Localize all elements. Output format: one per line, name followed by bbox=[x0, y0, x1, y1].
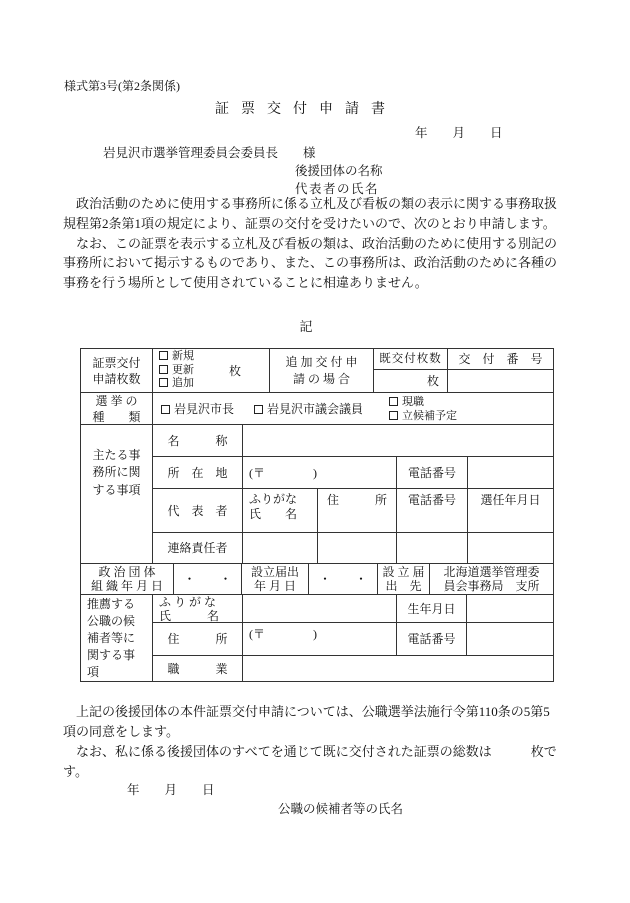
footer-text: 上記の後援団体の本件証票交付申請については、公職選挙法施行令第110条の5第5項… bbox=[63, 702, 561, 782]
checkbox-icon bbox=[161, 405, 170, 414]
furigana-name-label: ふりがな 氏 名 bbox=[243, 489, 318, 532]
office-postal-mark: (〒 ) bbox=[243, 457, 397, 488]
filing-office-label: 設 立 届 出 先 bbox=[378, 564, 430, 594]
office-address-label: 所 在 地 bbox=[153, 457, 243, 488]
election-option-mayor: 岩見沢市長 bbox=[161, 401, 234, 417]
candidate-name-signature-label: 公職の候補者等の氏名 bbox=[278, 799, 403, 817]
row-contact-person: 連絡責任者 bbox=[153, 533, 553, 563]
checkbox-icon bbox=[389, 397, 398, 406]
candidate-name-field bbox=[243, 595, 397, 622]
additional-application-label: 追 加 交 付 申 請 の 場 合 bbox=[270, 349, 374, 392]
form-title: 証票交付申請書 bbox=[0, 98, 612, 118]
checkbox-option-new: 新規 bbox=[159, 350, 194, 364]
document-page: 様式第3号(第2条関係) 証票交付申請書 年 月 日 岩見沢市選挙管理委員会委員… bbox=[0, 0, 630, 903]
occupation-field bbox=[243, 656, 553, 681]
section-main-office: 主たる事 務所に関 する事項 名 称 所 在 地 (〒 ) 電話番号 代 表 者… bbox=[81, 425, 553, 564]
status-option-incumbent: 現職 bbox=[389, 395, 424, 409]
candidate-occupation-label: 職 業 bbox=[153, 656, 243, 681]
body-paragraph-2: なお、この証票を表示する立札及び看板の類は、政治活動のために使用する別記の事務所… bbox=[63, 234, 561, 293]
row-organization-date: 政 治 団 体 組 織 年 月 日 ・ ・ 設立届出 年 月 日 ・ ・ 設 立… bbox=[81, 564, 553, 595]
checkbox-label: 岩見沢市長 bbox=[174, 402, 234, 416]
note-paragraph: なお、私に係る後援団体のすべてを通じて既に交付された証票の総数は 枚です。 bbox=[63, 742, 561, 782]
birth-date-field bbox=[467, 595, 553, 622]
candidate-furigana-label: ふ り が な 氏 名 bbox=[153, 595, 243, 622]
addressee-line: 岩見沢市選挙管理委員会委員長 様 bbox=[103, 143, 316, 161]
checkbox-icon bbox=[254, 405, 263, 414]
office-name-label: 名 称 bbox=[153, 425, 243, 456]
checkbox-label: 新規 bbox=[172, 350, 194, 362]
section-recommended-candidate: 推薦する 公職の候 補者等に 関する事 項 ふ り が な 氏 名 生年月日 住… bbox=[81, 595, 553, 681]
checkbox-label: 追加 bbox=[172, 377, 194, 389]
candidate-postal-mark: (〒 ) bbox=[243, 623, 397, 655]
checkbox-option-renew: 更新 bbox=[159, 364, 194, 378]
filing-date-label: 設立届出 年 月 日 bbox=[242, 564, 309, 594]
consent-paragraph: 上記の後援団体の本件証票交付申請については、公職選挙法施行令第110条の5第5項… bbox=[63, 702, 561, 742]
office-phone-label: 電話番号 bbox=[397, 457, 468, 488]
application-count-label: 証票交付 申請枚数 bbox=[81, 349, 153, 392]
issue-number-cell: 交 付 番 号 bbox=[448, 349, 553, 392]
issue-number-field bbox=[448, 370, 553, 392]
election-type-options: 岩見沢市長 岩見沢市議会議員 現職 立候補予定 bbox=[153, 393, 553, 424]
date-line-bottom: 年 月 日 bbox=[127, 780, 215, 798]
form-number: 様式第3号(第2条関係) bbox=[64, 77, 180, 94]
office-phone-field bbox=[468, 457, 553, 488]
row-representative: 代 表 者 ふりがな 氏 名 住 所 電話番号 選任年月日 bbox=[153, 489, 553, 533]
issue-number-label: 交 付 番 号 bbox=[448, 349, 553, 370]
issued-count-cell: 既交付枚数 枚 bbox=[374, 349, 448, 392]
election-type-label: 選 挙 の 種 類 bbox=[81, 393, 153, 424]
checkbox-icon bbox=[159, 365, 168, 374]
status-option-prospective: 立候補予定 bbox=[389, 409, 457, 423]
checkbox-icon bbox=[389, 411, 398, 420]
candidate-phone-label: 電話番号 bbox=[397, 623, 467, 655]
checkbox-label: 立候補予定 bbox=[402, 410, 457, 422]
row-office-address: 所 在 地 (〒 ) 電話番号 bbox=[153, 457, 553, 489]
row-candidate-occupation: 職 業 bbox=[153, 656, 553, 681]
sheets-unit-label: 枚 bbox=[229, 363, 241, 379]
contact-extra-field bbox=[468, 533, 553, 563]
checkbox-label: 現職 bbox=[402, 396, 424, 408]
election-option-council: 岩見沢市議会議員 bbox=[254, 401, 363, 417]
candidate-address-label: 住 所 bbox=[153, 623, 243, 655]
row-candidate-name: ふ り が な 氏 名 生年月日 bbox=[153, 595, 553, 623]
contact-phone-field bbox=[397, 533, 468, 563]
row-office-name: 名 称 bbox=[153, 425, 553, 457]
org-date-field: ・ ・ bbox=[174, 564, 242, 594]
birth-date-label: 生年月日 bbox=[397, 595, 467, 622]
row-election-type: 選 挙 の 種 類 岩見沢市長 岩見沢市議会議員 現職 立候補予定 bbox=[81, 393, 553, 425]
rep-phone-label: 電話番号 bbox=[397, 489, 468, 532]
contact-address-field bbox=[318, 533, 397, 563]
org-date-label: 政 治 団 体 組 織 年 月 日 bbox=[81, 564, 174, 594]
contact-name-field bbox=[243, 533, 318, 563]
body-text: 政治活動のために使用する事務所に係る立札及び看板の類の表示に関する事務取扱規程第… bbox=[63, 194, 561, 293]
application-type-cell: 新規 更新 追加 枚 bbox=[153, 349, 270, 392]
issued-count-label: 既交付枚数 bbox=[374, 349, 447, 370]
checkbox-label: 岩見沢市議会議員 bbox=[267, 402, 363, 416]
candidate-section-label: 推薦する 公職の候 補者等に 関する事 項 bbox=[81, 595, 153, 681]
checkbox-icon bbox=[159, 351, 168, 360]
application-type-options: 新規 更新 追加 bbox=[159, 350, 194, 391]
date-line-top: 年 月 日 bbox=[415, 123, 503, 141]
checkbox-icon bbox=[159, 378, 168, 387]
filing-office-value: 北海道選挙管理委 員会事務局 支所 bbox=[430, 564, 553, 594]
rep-address-label: 住 所 bbox=[318, 489, 397, 532]
body-paragraph-1: 政治活動のために使用する事務所に係る立札及び看板の類の表示に関する事務取扱規程第… bbox=[63, 194, 561, 234]
candidate-phone-field bbox=[467, 623, 553, 655]
checkbox-label: 更新 bbox=[172, 364, 194, 376]
application-table: 証票交付 申請枚数 新規 更新 追加 枚 追 加 交 付 申 請 の 場 合 既… bbox=[80, 348, 554, 682]
issued-count-unit: 枚 bbox=[374, 370, 447, 392]
supporter-group-name-label: 後援団体の名称 bbox=[295, 161, 383, 179]
filing-date-field: ・ ・ bbox=[309, 564, 378, 594]
contact-person-label: 連絡責任者 bbox=[153, 533, 243, 563]
row-candidate-address: 住 所 (〒 ) 電話番号 bbox=[153, 623, 553, 656]
appointment-date-label: 選任年月日 bbox=[468, 489, 553, 532]
office-section-label: 主たる事 務所に関 する事項 bbox=[81, 425, 153, 563]
office-representative-label: 代 表 者 bbox=[153, 489, 243, 532]
ki-heading: 記 bbox=[0, 316, 612, 335]
checkbox-option-add: 追加 bbox=[159, 377, 194, 391]
status-options: 現職 立候補予定 bbox=[389, 395, 457, 423]
office-name-field bbox=[243, 425, 553, 456]
row-application-count: 証票交付 申請枚数 新規 更新 追加 枚 追 加 交 付 申 請 の 場 合 既… bbox=[81, 349, 553, 393]
